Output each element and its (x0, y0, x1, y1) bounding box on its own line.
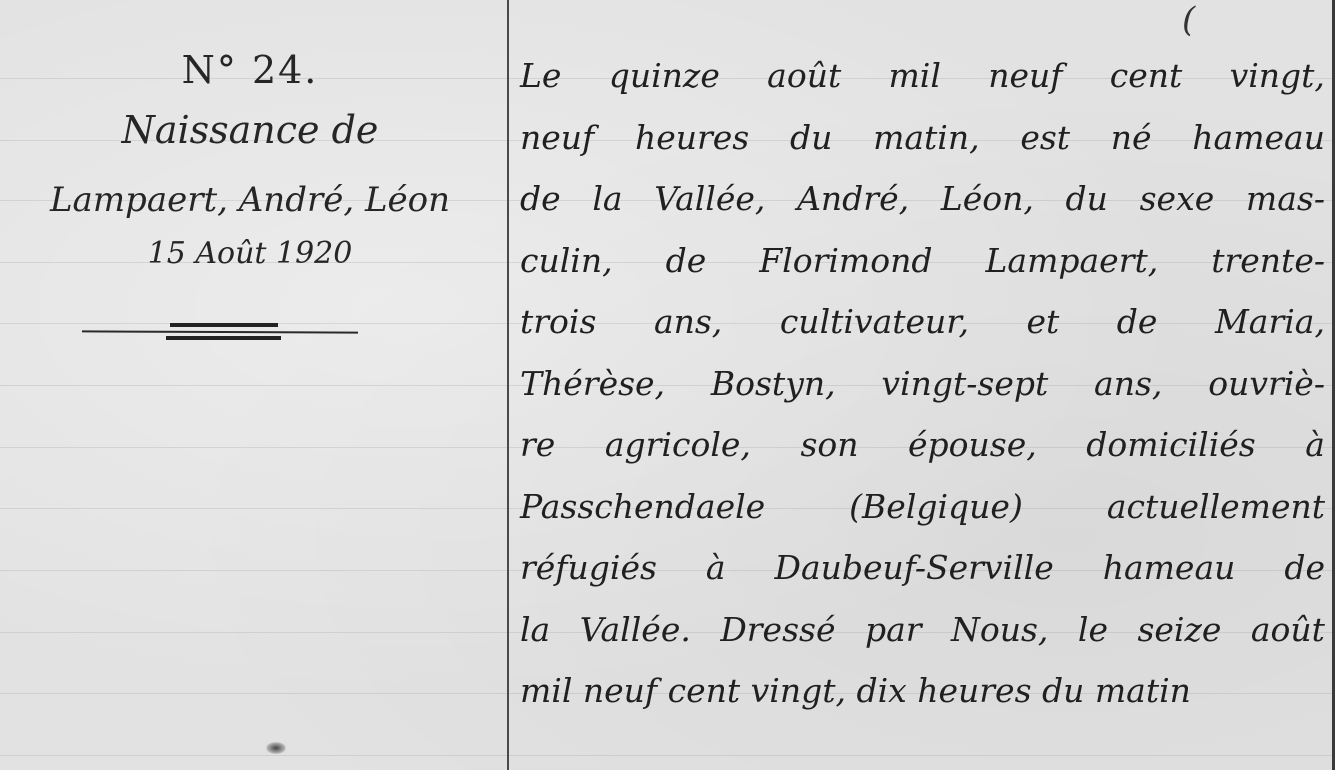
body-line: delaVallée,André,Léon,dusexemas- (520, 173, 1325, 235)
body-line: culin,deFlorimondLampaert,trente- (520, 235, 1325, 297)
heading-underline-bar (170, 323, 278, 327)
record-number: N° 24. (0, 48, 500, 92)
body-line: laVallée.DresséparNous,leseizeaoût (520, 604, 1325, 666)
record-title: Naissance de (0, 108, 500, 152)
body-line: réfugiésàDaubeuf-Servillehameaude (520, 542, 1325, 604)
body-line: troisans,cultivateur,etdeMaria, (520, 296, 1325, 358)
scanned-register-page: N° 24. Naissance de Lampaert, André, Léo… (0, 0, 1335, 770)
body-line: Passchendaele(Belgique)actuellement (520, 481, 1325, 543)
record-body: Lequinzeaoûtmilneufcentvingt, neufheures… (520, 50, 1325, 727)
heading-underline-thin (82, 330, 358, 333)
ruled-line (0, 755, 1335, 756)
subject-name: Lampaert, André, Léon (0, 180, 500, 220)
body-line: neufheuresdumatin,estnéhameau (520, 112, 1325, 174)
top-right-mark: ( (1182, 0, 1195, 40)
ink-blot (266, 742, 286, 754)
record-date: 15 Août 1920 (0, 236, 500, 271)
heading-underline-bar (166, 336, 281, 340)
body-line: mil neuf cent vingt, dix heures du matin (520, 665, 1325, 727)
body-line: Thérèse,Bostyn,vingt-septans,ouvriè- (520, 358, 1325, 420)
margin-divider-line (507, 0, 509, 770)
body-line: reagricole,sonépouse,domiciliésà (520, 419, 1325, 481)
body-line: Lequinzeaoûtmilneufcentvingt, (520, 50, 1325, 112)
